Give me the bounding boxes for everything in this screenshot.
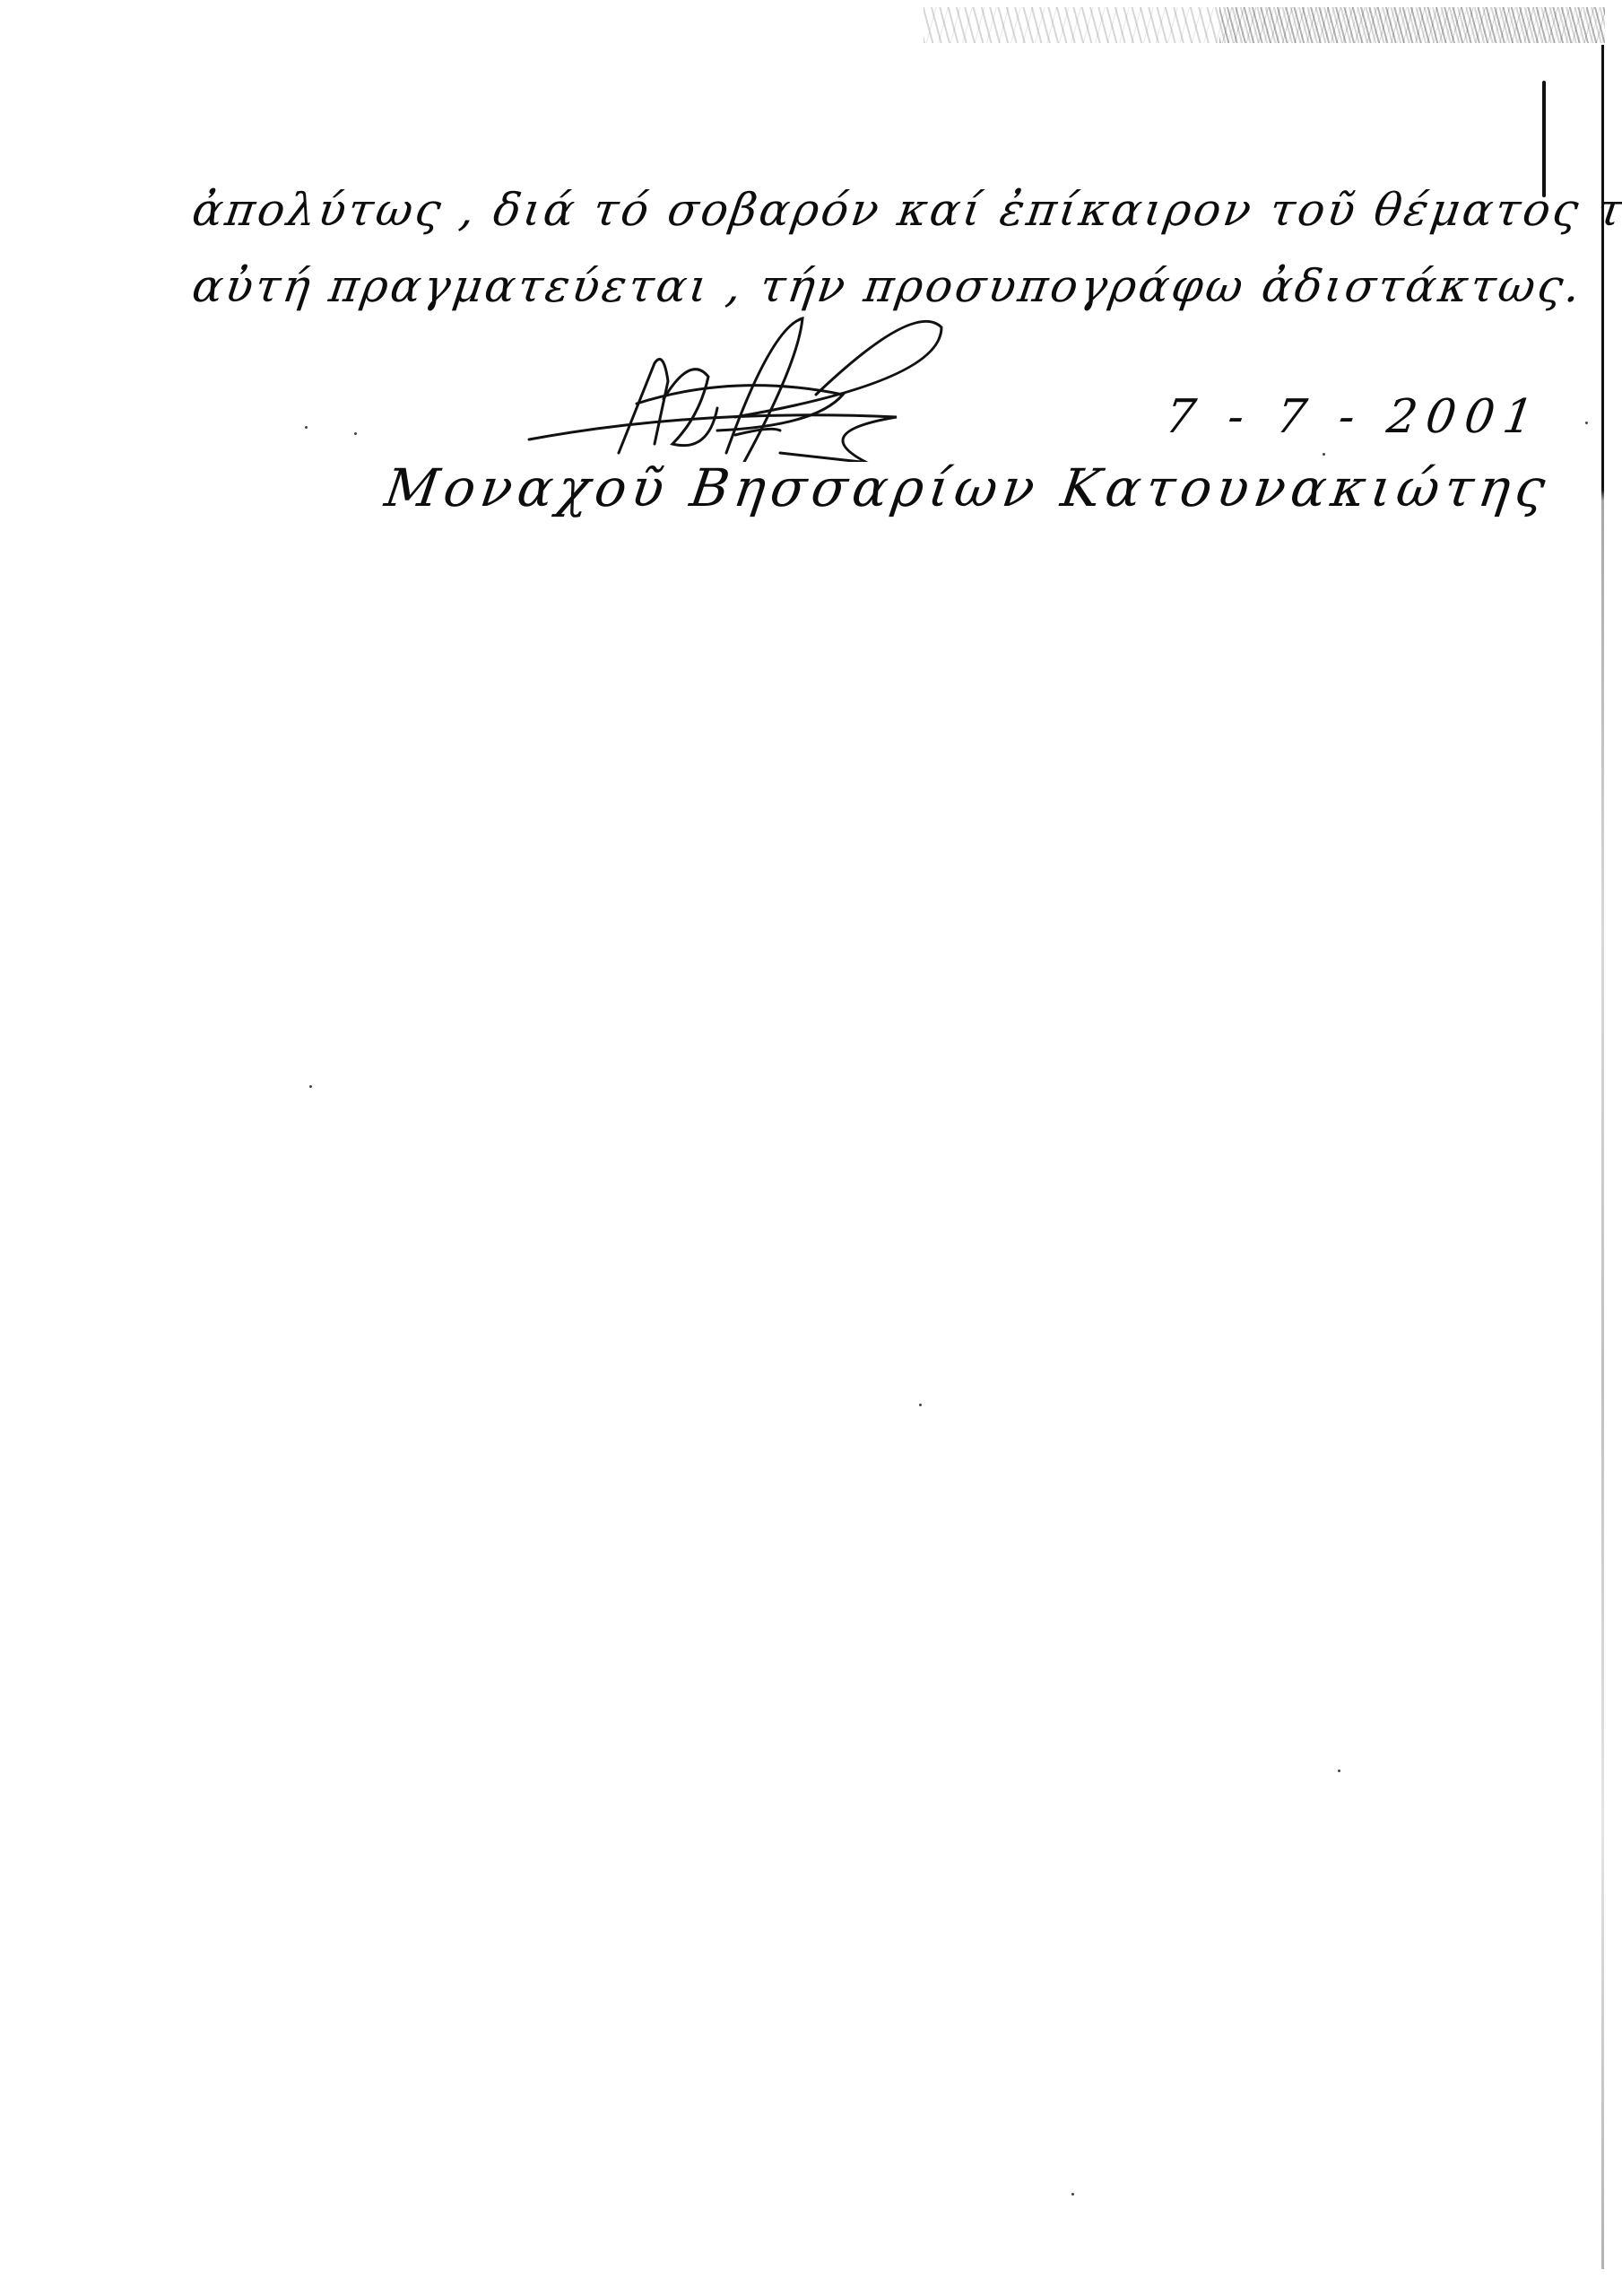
scan-speck [309, 1085, 312, 1088]
document-page: ἀπολύτως , διά τό σοβαρόν καί ἐπίκαιρον … [0, 0, 1622, 2296]
body-line-2: αὐτή πραγματεύεται , τήν προσυπογράφω ἀδ… [189, 260, 1586, 312]
scan-speck [305, 426, 308, 429]
scan-speck [1071, 2193, 1074, 2196]
margin-mark [1542, 81, 1546, 197]
scan-speck [1323, 453, 1325, 456]
scan-speck [354, 432, 357, 435]
date: 7 - 7 - 2001 [1162, 390, 1546, 444]
scan-speck [1338, 1770, 1340, 1772]
scan-speck [1585, 422, 1588, 424]
signatory-name: Μοναχοῦ Βησσαρίων Κατουνακιώτης [381, 457, 1554, 518]
scan-noise-dense [1219, 7, 1605, 43]
signature-scribble-icon [520, 309, 986, 462]
body-line-1: ἀπολύτως , διά τό σοβαρόν καί ἐπίκαιρον … [189, 184, 1622, 236]
scan-speck [919, 1404, 922, 1406]
page-edge-line [1601, 45, 1604, 2269]
